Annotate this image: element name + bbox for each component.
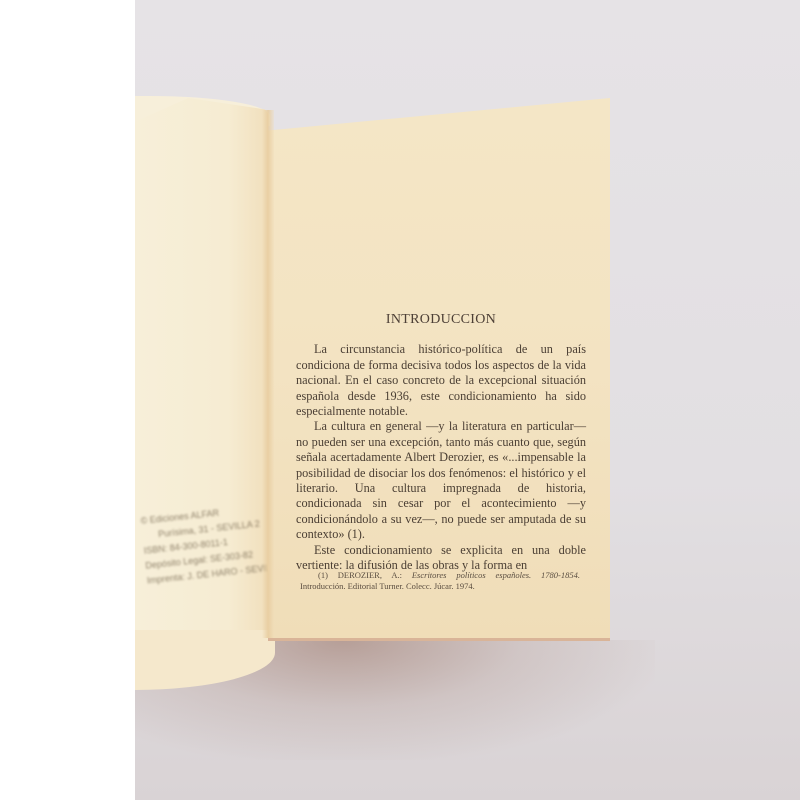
footnote: (1) DEROZIER, A.: Escritores políticos e… — [300, 570, 580, 592]
footnote-marker: (1) — [318, 570, 328, 580]
right-page-bottom-edge — [268, 638, 610, 641]
footnote-work-title: Escritores políticos españoles. 1780-185… — [412, 570, 580, 580]
paragraph: Este condicionamiento se explicita en un… — [296, 543, 586, 574]
chapter-title: INTRODUCCION — [296, 312, 586, 327]
page-content: INTRODUCCION La circunstancia histórico-… — [296, 312, 586, 574]
paragraph: La cultura en general —y la literatura e… — [296, 419, 586, 542]
book-gutter — [262, 110, 274, 638]
paragraph: La circunstancia histórico-política de u… — [296, 342, 586, 419]
footnote-author: DEROZIER, A.: — [338, 570, 402, 580]
footnote-details: Introducción. Editorial Turner. Colecc. … — [300, 581, 475, 591]
image-left-margin — [0, 0, 135, 800]
left-page — [135, 98, 268, 690]
